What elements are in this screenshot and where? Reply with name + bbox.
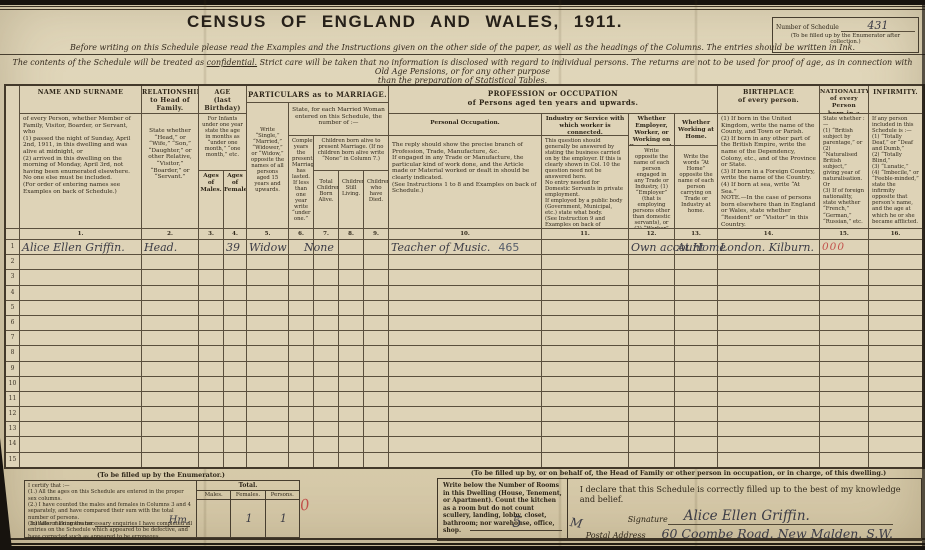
entry-cell <box>289 453 313 467</box>
entry-cell <box>247 453 288 467</box>
entry-cell <box>675 453 717 467</box>
enumerator-certify-text: I certify that :— (1.) All the ages on t… <box>25 481 196 537</box>
entry-cell <box>20 392 141 406</box>
col10-head: Personal Occupation. <box>389 114 541 135</box>
entry-cell <box>364 422 388 436</box>
householder-section-heading: (To be filled up by, or on behalf of, th… <box>437 469 920 477</box>
entry-cell <box>20 362 141 376</box>
entry-cell: Widow <box>247 240 288 254</box>
enumerator-section-heading: (To be filled up by the Enumerator.) <box>30 471 292 479</box>
entry-cell <box>224 316 246 330</box>
entry-cell <box>389 270 541 284</box>
entry-cell <box>389 377 541 391</box>
entry-cell <box>314 407 338 421</box>
entry-cell <box>224 437 246 451</box>
entry-cell <box>629 437 674 451</box>
entry-cell <box>20 316 141 330</box>
enumerator-box: I certify that :— (1.) All the ages on t… <box>24 480 300 538</box>
signature-value: Alice Ellen Griffin. <box>684 508 810 524</box>
handwritten-entry: At Home <box>677 242 726 253</box>
bottom-rule-lower <box>0 543 925 545</box>
entry-cell <box>629 377 674 391</box>
entry-cell <box>364 377 388 391</box>
entry-cell <box>314 270 338 284</box>
entry-cell <box>820 422 868 436</box>
row-number-cell: 8 <box>6 346 19 360</box>
occupation-code: 465 <box>498 242 519 253</box>
entry-cell <box>339 437 363 451</box>
entry-cell <box>339 392 363 406</box>
row-number-cell: 4 <box>6 286 19 300</box>
column-number-cell: 11. <box>542 229 628 239</box>
entry-cell <box>364 453 388 467</box>
entry-cell <box>675 331 717 345</box>
instruction-2b: confidential. <box>207 58 257 67</box>
table-body: 1.2.3.4.5.6.7.8.9.10.11.12.13.14.15.16.1… <box>6 229 924 467</box>
row-number-cell: 11 <box>6 392 19 406</box>
entry-cell <box>20 270 141 284</box>
signature-label: Signature <box>628 515 668 525</box>
entry-cell <box>820 331 868 345</box>
entry-cell <box>199 377 223 391</box>
entry-cell <box>869 453 922 467</box>
handwritten-entry: Head. <box>144 242 177 253</box>
handwritten-entry: London. Kilburn. <box>720 242 814 253</box>
totals-females-col: Females. 1 <box>230 491 264 537</box>
entry-cell <box>820 437 868 451</box>
entry-cell <box>869 392 922 406</box>
entry-cell <box>314 286 338 300</box>
totals-females-label: Females. <box>231 491 264 500</box>
entry-cell <box>629 255 674 269</box>
declaration-cell: I declare that this Schedule is correctl… <box>568 479 921 540</box>
census-form-scan: CENSUS OF ENGLAND AND WALES, 1911. Numbe… <box>0 0 925 550</box>
col-name-title: NAME AND SURNAME <box>20 86 141 113</box>
entry-cell <box>629 453 674 467</box>
entry-cell <box>629 392 674 406</box>
entry-cell <box>675 437 717 451</box>
entry-cell <box>142 362 198 376</box>
entry-cell <box>820 346 868 360</box>
enumerator-initials-row: Initials of Enumerator Hm. <box>30 516 190 527</box>
entry-cell <box>820 377 868 391</box>
entry-cell <box>718 437 819 451</box>
children-born-note: Children born alive to present Marriage.… <box>314 136 388 170</box>
entry-cell <box>339 240 363 254</box>
entry-cell <box>289 301 313 315</box>
entry-cell <box>289 392 313 406</box>
instruction-2c: Strict care will be taken that no inform… <box>257 58 912 76</box>
entry-cell <box>869 362 922 376</box>
entry-cell <box>199 362 223 376</box>
column-number-cell: 15. <box>820 229 868 239</box>
row-number-cell: 3 <box>6 270 19 284</box>
entry-cell <box>869 331 922 345</box>
entry-cell <box>142 255 198 269</box>
entry-cell <box>339 316 363 330</box>
entry-cell <box>339 255 363 269</box>
entry-cell <box>542 301 628 315</box>
column-number-cell: 8. <box>339 229 363 239</box>
entry-cell <box>869 407 922 421</box>
entry-cell <box>364 331 388 345</box>
scan-bottom-edge <box>0 546 925 550</box>
entry-cell <box>142 437 198 451</box>
entry-cell <box>20 331 141 345</box>
entry-cell <box>314 453 338 467</box>
entry-cell <box>339 346 363 360</box>
col-birthplace-title: BIRTHPLACE of every person. <box>718 86 819 113</box>
entry-cell: None <box>314 240 338 254</box>
entry-cell <box>199 331 223 345</box>
column-number-cell: 12. <box>629 229 674 239</box>
entry-cell <box>20 346 141 360</box>
entry-cell <box>542 331 628 345</box>
row-number-cell: 2 <box>6 255 19 269</box>
entry-cell <box>718 316 819 330</box>
entry-cell <box>289 437 313 451</box>
entry-cell <box>389 255 541 269</box>
handwritten-entry: Teacher of Music. <box>391 242 490 253</box>
entry-cell <box>247 377 288 391</box>
entry-cell <box>718 362 819 376</box>
entry-cell <box>718 407 819 421</box>
entry-cell <box>820 255 868 269</box>
entry-cell <box>142 407 198 421</box>
entry-cell: London. Kilburn. <box>718 240 819 254</box>
entry-cell <box>224 331 246 345</box>
entry-cell <box>542 362 628 376</box>
entry-cell <box>247 316 288 330</box>
entry-cell <box>339 362 363 376</box>
entry-cell <box>224 422 246 436</box>
entry-cell <box>675 407 717 421</box>
entry-cell <box>314 331 338 345</box>
column-number-cell: 3. <box>199 229 223 239</box>
totals-persons-label: Persons. <box>266 491 299 500</box>
entry-cell <box>247 255 288 269</box>
entry-cell <box>718 270 819 284</box>
entry-cell <box>820 407 868 421</box>
entry-cell <box>142 331 198 345</box>
marriage-group-title: PARTICULARS as to MARRIAGE. <box>247 86 388 102</box>
entry-cell <box>314 255 338 269</box>
entry-cell <box>247 422 288 436</box>
handwritten-entry: 39 <box>226 242 240 253</box>
entry-cell: Alice Ellen Griffin. <box>20 240 141 254</box>
column-number-cell: 14. <box>718 229 819 239</box>
entry-cell <box>820 362 868 376</box>
totals-males-col: Males. <box>197 491 230 537</box>
entry-cell <box>247 437 288 451</box>
totals-females-value: 1 <box>245 513 252 524</box>
entry-cell <box>142 422 198 436</box>
col-nationality-title: NATIONALITY of every Person born in a Fo… <box>820 86 868 113</box>
col-birthplace-desc: (1) If born in the United Kingdom, write… <box>718 114 819 228</box>
entry-cell <box>339 453 363 467</box>
entry-cell <box>247 331 288 345</box>
married-woman-note: State, for each Married Woman entered on… <box>289 103 388 135</box>
entry-cell <box>389 392 541 406</box>
row-number-cell: 9 <box>6 362 19 376</box>
entry-cell <box>247 346 288 360</box>
entry-cell <box>629 270 674 284</box>
entry-cell <box>542 286 628 300</box>
entry-cell <box>224 255 246 269</box>
entry-cell <box>20 301 141 315</box>
entry-cell <box>542 255 628 269</box>
entry-cell <box>675 270 717 284</box>
column-number-cell: 6. <box>289 229 313 239</box>
entry-cell <box>869 270 922 284</box>
col-age-males-label: Ages of Males. <box>199 171 223 228</box>
entry-cell <box>542 270 628 284</box>
col8-desc: Children Still Living. <box>339 171 363 228</box>
entry-cell <box>542 316 628 330</box>
entry-cell <box>869 422 922 436</box>
entry-cell <box>389 316 541 330</box>
entry-cell <box>199 422 223 436</box>
entry-cell <box>20 453 141 467</box>
entry-cell <box>718 392 819 406</box>
entry-cell <box>314 362 338 376</box>
bottom-rule-upper <box>0 538 925 540</box>
entry-cell <box>199 240 223 254</box>
col13-desc: Write the words “At Home” opposite the n… <box>675 146 717 228</box>
entry-cell <box>718 255 819 269</box>
col10-desc: The reply should show the precise branch… <box>389 136 541 228</box>
column-number-cell: 10. <box>389 229 541 239</box>
column-number-cell: 7. <box>314 229 338 239</box>
totals-table: Total. Males. Females. 1 Persons. 1 <box>196 481 299 537</box>
entry-cell: 000 <box>820 240 868 254</box>
column-number-cell: 16. <box>869 229 922 239</box>
census-table: NAME AND SURNAME of every Person, whethe… <box>4 84 925 469</box>
instruction-line-2: The contents of the Schedule will be tre… <box>8 58 917 86</box>
row-number-cell: 13 <box>6 422 19 436</box>
entry-cell <box>364 437 388 451</box>
row-number-cell: 7 <box>6 331 19 345</box>
entry-cell <box>142 301 198 315</box>
column-number-cell: 4. <box>224 229 246 239</box>
enumerator-initials-label: Initials of Enumerator <box>30 521 93 527</box>
entry-cell <box>142 286 198 300</box>
entry-cell <box>869 377 922 391</box>
entry-cell <box>869 240 922 254</box>
entry-cell <box>675 316 717 330</box>
rooms-cell: Write below the Number of Rooms in this … <box>438 479 568 540</box>
column-number-cell: 9. <box>364 229 388 239</box>
red-check-mark: 0 <box>299 495 311 514</box>
declaration-text: I declare that this Schedule is correctl… <box>580 484 911 504</box>
entry-cell <box>20 377 141 391</box>
entry-cell <box>629 407 674 421</box>
entry-cell <box>718 346 819 360</box>
col-age-title: AGE (last Birthday) and SEX. <box>199 86 246 113</box>
scan-top-edge <box>0 0 925 5</box>
entry-cell <box>675 286 717 300</box>
entry-cell <box>314 422 338 436</box>
header-rule <box>0 54 925 55</box>
row-number-column-head <box>6 86 19 228</box>
entry-cell <box>199 255 223 269</box>
entry-cell <box>542 392 628 406</box>
column-number-cell <box>6 229 19 239</box>
col-age-females-label: Ages of Females. <box>224 171 246 228</box>
col13-head: Whether Working at Home. <box>675 114 717 145</box>
col9-desc: Children who have Died. <box>364 171 388 228</box>
totals-males-label: Males. <box>197 491 230 500</box>
entry-cell <box>20 407 141 421</box>
col6-desc: Completed years the present Marriage has… <box>289 136 313 228</box>
entry-cell <box>542 453 628 467</box>
entry-cell <box>224 362 246 376</box>
entry-cell <box>718 301 819 315</box>
instruction-line-1: Before writing on this Schedule please r… <box>0 43 925 52</box>
entry-cell <box>224 346 246 360</box>
handwritten-entry: Widow <box>249 242 287 253</box>
entry-cell <box>224 453 246 467</box>
col11-desc: This question should generally be answer… <box>542 136 628 228</box>
entry-cell <box>289 331 313 345</box>
entry-cell <box>142 453 198 467</box>
entry-cell <box>247 362 288 376</box>
form-title: CENSUS OF ENGLAND AND WALES, 1911. <box>0 12 810 32</box>
entry-cell <box>675 362 717 376</box>
entry-cell <box>364 407 388 421</box>
totals-title: Total. <box>197 481 299 491</box>
rooms-check-mark: M <box>569 515 584 532</box>
enumerator-initials-value: Hm. <box>169 515 190 526</box>
entry-cell <box>247 286 288 300</box>
entry-cell <box>142 346 198 360</box>
entry-cell <box>364 301 388 315</box>
column-number-cell: 1. <box>20 229 141 239</box>
entry-cell <box>542 377 628 391</box>
entry-cell <box>247 301 288 315</box>
entry-cell <box>718 286 819 300</box>
profession-group-title: PROFESSION or OCCUPATION of Persons aged… <box>389 86 717 113</box>
entry-cell <box>199 437 223 451</box>
entry-cell <box>199 346 223 360</box>
col11-head: Industry or Service with which worker is… <box>542 114 628 135</box>
entry-cell <box>542 407 628 421</box>
handwritten-entry: Alice Ellen Griffin. <box>22 242 125 253</box>
entry-cell <box>339 301 363 315</box>
entry-cell <box>675 255 717 269</box>
entry-cell <box>142 270 198 284</box>
entry-cell <box>314 316 338 330</box>
entry-cell <box>389 331 541 345</box>
entry-cell <box>314 437 338 451</box>
entry-cell <box>339 422 363 436</box>
entry-cell <box>389 286 541 300</box>
entry-cell <box>247 392 288 406</box>
entry-cell <box>869 316 922 330</box>
entry-cell <box>718 453 819 467</box>
entry-cell <box>20 437 141 451</box>
entry-cell <box>199 407 223 421</box>
entry-cell <box>820 286 868 300</box>
entry-cell: Teacher of Music.465 <box>389 240 541 254</box>
entry-cell <box>247 407 288 421</box>
column-number-cell: 5. <box>247 229 288 239</box>
entry-cell <box>389 407 541 421</box>
entry-cell <box>364 240 388 254</box>
entry-cell <box>629 422 674 436</box>
entry-cell <box>364 255 388 269</box>
entry-cell <box>718 331 819 345</box>
entry-cell <box>629 316 674 330</box>
entry-cell <box>142 377 198 391</box>
row-number-cell: 12 <box>6 407 19 421</box>
entry-cell <box>289 422 313 436</box>
entry-cell <box>199 453 223 467</box>
entry-cell <box>869 286 922 300</box>
entry-cell: Own account <box>629 240 674 254</box>
entry-cell <box>289 362 313 376</box>
entry-cell <box>542 240 628 254</box>
entry-cell <box>314 346 338 360</box>
entry-cell <box>542 422 628 436</box>
entry-cell <box>629 346 674 360</box>
entry-cell <box>314 301 338 315</box>
entry-cell: Head. <box>142 240 198 254</box>
entry-cell <box>389 362 541 376</box>
col5-desc: Write “Single,” “Married,” “Widower,” or… <box>247 103 288 228</box>
entry-cell <box>289 286 313 300</box>
entry-cell <box>339 270 363 284</box>
col-infirmity-title: INFIRMITY. <box>869 86 922 113</box>
entry-cell <box>20 422 141 436</box>
entry-cell <box>629 301 674 315</box>
entry-cell <box>224 286 246 300</box>
entry-cell <box>869 346 922 360</box>
entry-cell <box>542 346 628 360</box>
entry-cell <box>339 286 363 300</box>
entry-cell <box>364 270 388 284</box>
entry-cell <box>820 453 868 467</box>
table-header: NAME AND SURNAME of every Person, whethe… <box>6 86 924 228</box>
entry-cell <box>199 270 223 284</box>
entry-cell <box>224 270 246 284</box>
entry-cell <box>142 316 198 330</box>
entry-cell <box>820 301 868 315</box>
entry-cell <box>718 422 819 436</box>
col12-desc: Write opposite the name of each person e… <box>629 146 674 228</box>
entry-cell <box>364 346 388 360</box>
entry-cell <box>869 437 922 451</box>
entry-cell <box>389 301 541 315</box>
rooms-value: 5 <box>512 513 522 531</box>
entry-cell <box>364 362 388 376</box>
entry-cell <box>675 301 717 315</box>
schedule-number-value: 431 <box>841 20 915 32</box>
entry-cell <box>629 331 674 345</box>
entry-cell <box>314 377 338 391</box>
entry-cell <box>199 301 223 315</box>
row-number-cell: 6 <box>6 316 19 330</box>
entry-cell <box>629 286 674 300</box>
entry-cell <box>199 316 223 330</box>
row-number-cell: 1 <box>6 240 19 254</box>
entry-cell <box>389 422 541 436</box>
entry-cell <box>675 377 717 391</box>
col-infirmity-desc: If any person included in this Schedule … <box>869 114 922 228</box>
handwritten-entry: 000 <box>822 242 845 253</box>
entry-cell <box>389 346 541 360</box>
entry-cell <box>869 255 922 269</box>
